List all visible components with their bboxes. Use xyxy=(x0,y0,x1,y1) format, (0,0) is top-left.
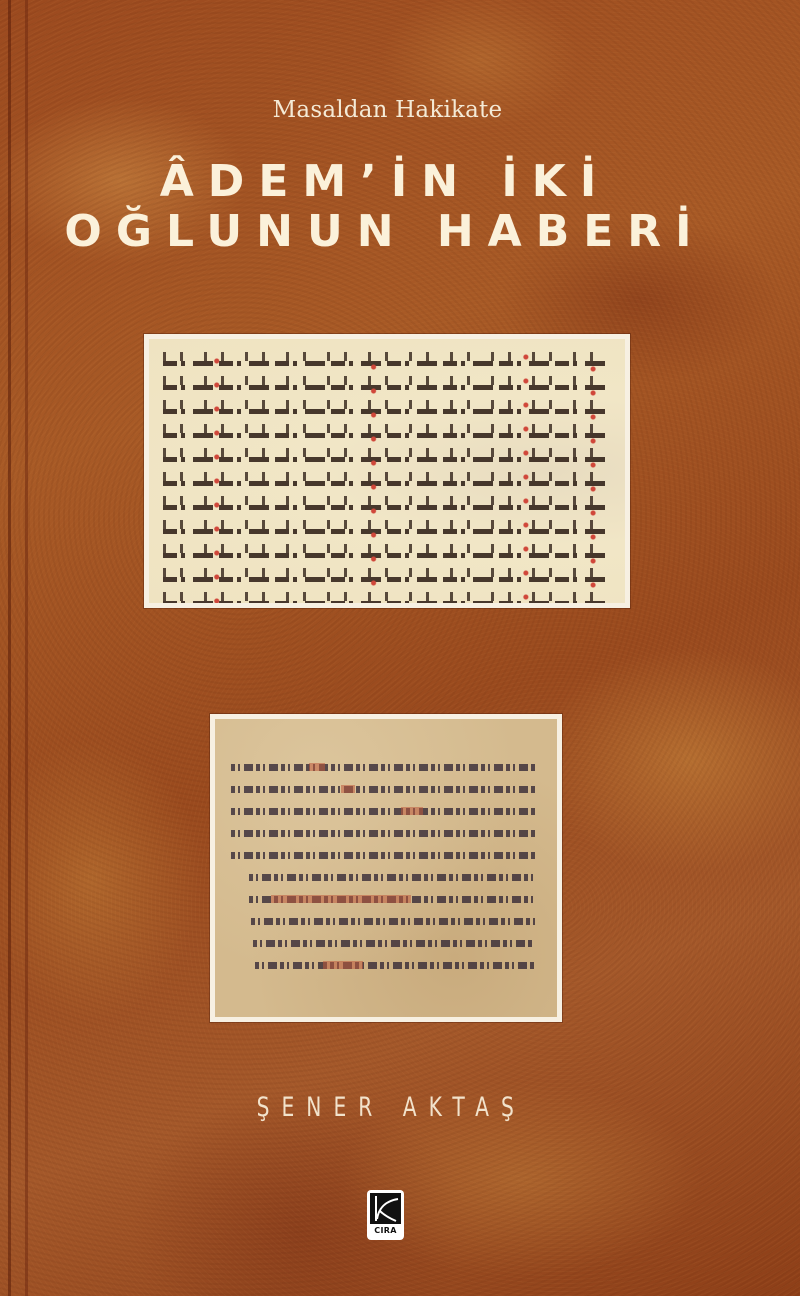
series-title: Masaldan Hakikate xyxy=(0,97,775,123)
manuscript-line xyxy=(163,449,611,473)
manuscript-line xyxy=(163,593,611,603)
kufic-manuscript-page xyxy=(149,339,625,603)
cira-logo-icon xyxy=(370,1193,401,1224)
manuscript-line xyxy=(163,545,611,569)
papyrus-line xyxy=(231,889,535,911)
papyrus-line xyxy=(231,911,535,933)
hieratic-papyrus-page xyxy=(215,719,557,1017)
manuscript-line xyxy=(163,425,611,449)
papyrus-line xyxy=(231,779,535,801)
papyrus-line xyxy=(231,933,535,955)
book-title-line-2: OĞLUNUN HABERİ xyxy=(5,210,765,254)
manuscript-line xyxy=(163,401,611,425)
manuscript-line xyxy=(163,569,611,593)
papyrus-line xyxy=(231,757,535,779)
papyrus-line xyxy=(231,823,535,845)
manuscript-line xyxy=(163,353,611,377)
manuscript-line xyxy=(163,497,611,521)
manuscript-line xyxy=(163,473,611,497)
papyrus-line xyxy=(231,801,535,823)
book-title-line-1: ÂDEM’İN İKİ xyxy=(5,160,765,204)
publisher-name: CIRA xyxy=(374,1226,396,1235)
book-cover: Masaldan Hakikate ÂDEM’İN İKİ OĞLUNUN HA… xyxy=(0,0,800,1296)
papyrus-line xyxy=(231,867,535,889)
papyrus-line xyxy=(231,955,535,977)
papyrus-line xyxy=(231,845,535,867)
manuscript-line xyxy=(163,521,611,545)
publisher-logo: CIRA xyxy=(367,1190,404,1240)
hieratic-papyrus-image xyxy=(210,714,562,1022)
manuscript-line xyxy=(163,377,611,401)
author-name: ŞENER AKTAŞ xyxy=(99,1092,684,1123)
kufic-manuscript-image xyxy=(144,334,630,608)
